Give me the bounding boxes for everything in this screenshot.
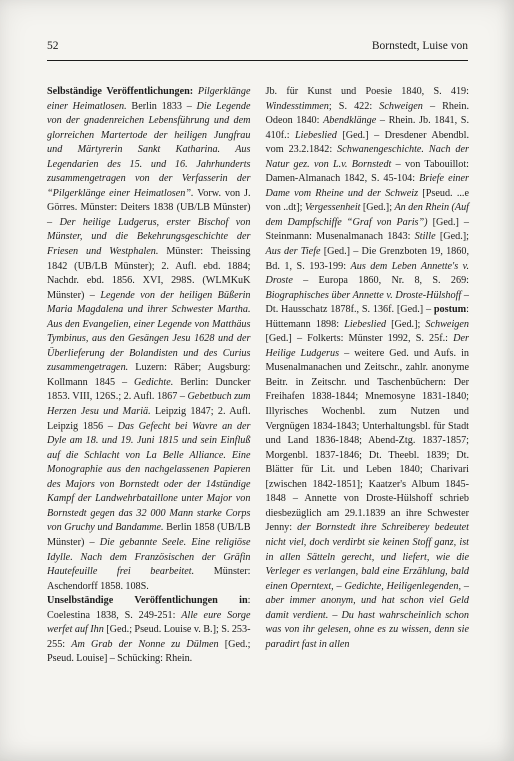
text-segment-normal: [Ged.];: [360, 202, 394, 213]
text-segment-normal: ; S. 422:: [329, 101, 379, 112]
text-segment-italic: Stille: [415, 231, 436, 242]
text-segment-italic: Vergessenheit: [305, 202, 361, 213]
text-segment-italic: Die Legende von der gnadenreichen Lebens…: [47, 101, 251, 199]
text-segment-normal: [Ged.];: [386, 319, 425, 330]
text-segment-bold: postum: [434, 304, 466, 315]
text-columns: Selbständige Veröffentlichungen: Pilgerk…: [47, 85, 469, 667]
text-segment-italic: Abendklänge: [323, 115, 376, 126]
text-segment-normal: [Ged.];: [436, 231, 469, 242]
text-segment-italic: Am Grab der Nonne zu Dülmen: [71, 639, 218, 650]
header-rule: [47, 60, 468, 61]
paragraph: Jb. für Kunst und Poesie 1840, S. 419: W…: [266, 85, 470, 652]
text-segment-bold: Selbständige Veröffentlichungen:: [47, 86, 198, 97]
text-segment-italic: Liebeslied: [295, 130, 337, 141]
text-segment-bold: Unselbständige Veröffentlichungen in: [47, 595, 248, 606]
text-segment-normal: [Ged.] – Folkerts: Münster 1992, S. 25f.…: [266, 333, 454, 344]
right-column: Jb. für Kunst und Poesie 1840, S. 419: W…: [266, 85, 470, 667]
page-number: 52: [47, 40, 59, 52]
text-segment-italic: Aus der Tiefe: [266, 246, 321, 257]
text-segment-italic: Schweigen: [379, 101, 423, 112]
book-page: 52 Bornstedt, Luise von Selbständige Ver…: [0, 0, 514, 761]
text-segment-italic: Windesstimmen: [266, 101, 329, 112]
text-segment-italic: Das Gefecht bei Wavre an der Dyle am 18.…: [47, 421, 251, 534]
text-segment-italic: Gedichte.: [134, 377, 173, 388]
text-segment-italic: Liebeslied: [344, 319, 386, 330]
paragraph: Selbständige Veröffentlichungen: Pilgerk…: [47, 85, 251, 594]
paragraph: Unselbständige Veröffentlichungen in: Co…: [47, 594, 251, 667]
text-segment-normal: Berlin 1833 –: [127, 101, 197, 112]
running-title: Bornstedt, Luise von: [372, 40, 468, 52]
text-segment-italic: der Bornstedt ihre Schreiberey bedeutet …: [266, 522, 470, 649]
text-segment-italic: Biographisches über Annette v. Droste-Hü…: [266, 290, 462, 301]
left-column: Selbständige Veröffentlichungen: Pilgerk…: [47, 85, 251, 667]
text-segment-normal: – Europa 1860, Nr. 8, S. 269:: [293, 275, 469, 286]
text-segment-italic: Schweigen: [425, 319, 469, 330]
text-segment-normal: Jb. für Kunst und Poesie 1840, S. 419:: [266, 86, 470, 97]
text-segment-italic: Legende von der heiligen Büßerin Maria M…: [47, 290, 251, 374]
page-header: 52 Bornstedt, Luise von: [0, 0, 514, 52]
text-segment-normal: – weitere Ged. und Aufs. in Musenalmanac…: [266, 348, 470, 534]
